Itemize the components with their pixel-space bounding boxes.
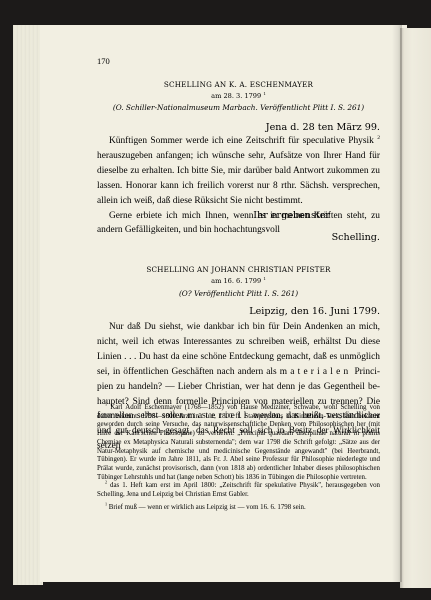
page-stack-edge bbox=[13, 25, 43, 585]
letter1-place-date: Jena d. 28 ten März 99. bbox=[97, 122, 380, 133]
letter1-signature: Schelling. bbox=[97, 232, 380, 243]
footnote-text: Karl Adolf Eschenmayer (1768—1852) von H… bbox=[97, 404, 380, 481]
letter2-date-text: am 16. 6. 1799 bbox=[211, 277, 261, 285]
footnote-ref: 1 bbox=[263, 91, 266, 96]
footnote-ref: 2 bbox=[377, 135, 380, 141]
letter1-heading: SCHELLING AN K. A. ESCHENMAYER bbox=[97, 80, 380, 89]
letter1-date: am 28. 3. 1799 1 bbox=[97, 92, 380, 100]
gutter-shadow bbox=[392, 25, 402, 582]
page-number: 170 bbox=[97, 56, 110, 66]
footnote-2: 2 das 1. Heft kam erst im April 1800: „Z… bbox=[97, 482, 380, 499]
text-span: Künftigen Sommer werde ich eine Zeitschr… bbox=[109, 136, 374, 146]
footnote-text: Brief muß — wenn er wirklich aus Leipzig… bbox=[107, 504, 306, 511]
letter1-paragraph-1: Künftigen Sommer werde ich eine Zeitschr… bbox=[97, 134, 380, 209]
letter1-source: (O. Schiller-Nationalmuseum Marbach. Ver… bbox=[97, 103, 380, 112]
facing-page-edge bbox=[400, 28, 431, 588]
footnote-3: 1 Brief muß — wenn er wirklich aus Leipz… bbox=[97, 504, 380, 513]
letter2-heading: SCHELLING AN JOHANN CHRISTIAN PFISTER bbox=[97, 265, 380, 274]
footnote-1: 1 Karl Adolf Eschenmayer (1768—1852) von… bbox=[97, 404, 380, 482]
letter1-date-text: am 28. 3. 1799 bbox=[211, 92, 261, 100]
footnote-text: das 1. Heft kam erst im April 1800: „Zei… bbox=[97, 482, 380, 498]
letter2-date: am 16. 6. 1799 1 bbox=[97, 277, 380, 285]
footnotes: 1 Karl Adolf Eschenmayer (1768—1852) von… bbox=[97, 404, 380, 512]
letter1-closing: Ihr ergebenster bbox=[97, 210, 380, 221]
letter2-source: (O? Veröffentlicht Plitt I. S. 261) bbox=[97, 289, 380, 298]
footnote-ref: 1 bbox=[263, 276, 266, 281]
letter2-place-date: Leipzig, den 16. Juni 1799. bbox=[97, 306, 380, 317]
spaced-emphasis: materialen bbox=[280, 367, 352, 377]
letter1-body: Künftigen Sommer werde ich eine Zeitschr… bbox=[97, 134, 380, 238]
text-span: herauszugeben anfangen; ich wünsche sehr… bbox=[97, 151, 380, 206]
